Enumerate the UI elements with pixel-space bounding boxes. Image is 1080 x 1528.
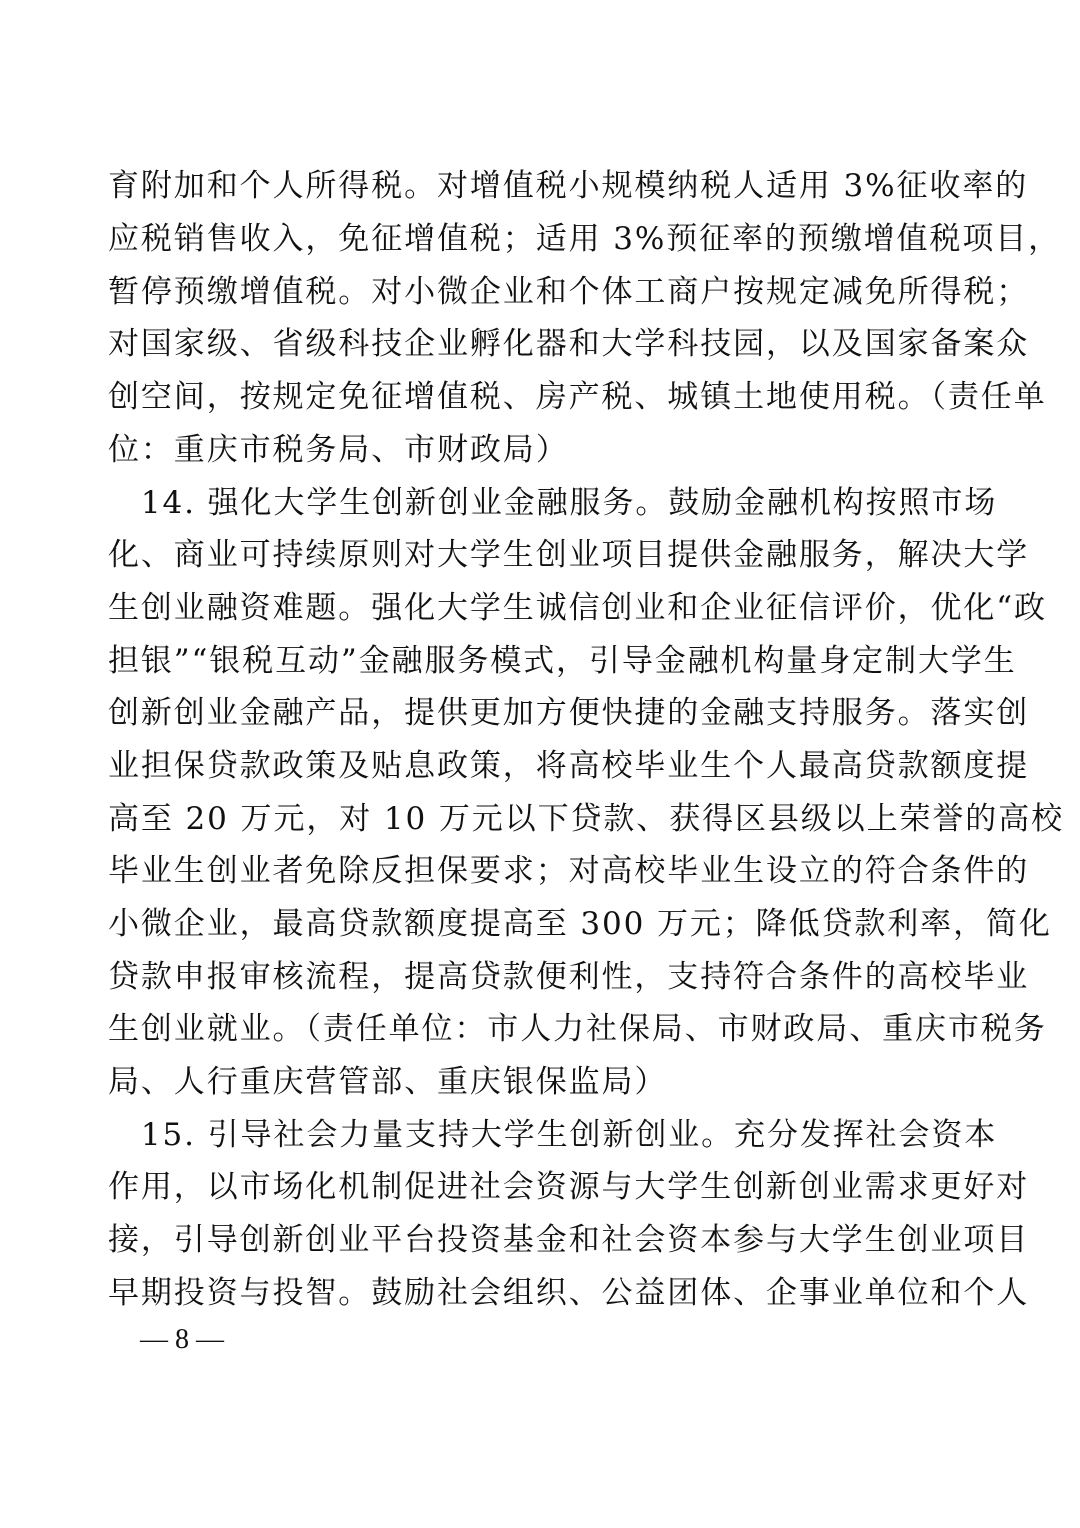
paragraph-line: 作用，以市场化机制促进社会资源与大学生创新创业需求更好对 xyxy=(108,1161,914,1213)
document-page: 育附加和个人所得税。对增值税小规模纳税人适用 3%征收率的 应税销售收入，免征增… xyxy=(0,0,1080,1528)
section-14-heading-line: 14. 强化大学生创新创业金融服务。鼓励金融机构按照市场 xyxy=(108,477,914,529)
responsible-units-line: 位：重庆市税务局、市财政局） xyxy=(108,424,914,476)
paragraph-line: 对国家级、省级科技企业孵化器和大学科技园，以及国家备案众 xyxy=(108,318,914,370)
paragraph-line: 接，引导创新创业平台投资基金和社会资本参与大学生创业项目 xyxy=(108,1214,914,1266)
paragraph-line: 创新创业金融产品，提供更加方便快捷的金融支持服务。落实创 xyxy=(108,687,914,739)
paragraph-line: 担银”“银税互动”金融服务模式，引导金融机构量身定制大学生 xyxy=(108,635,914,687)
section-15-heading-line: 15. 引导社会力量支持大学生创新创业。充分发挥社会资本 xyxy=(108,1109,914,1161)
paragraph-line: 生创业就业。（责任单位：市人力社保局、市财政局、重庆市税务 xyxy=(108,1003,914,1055)
paragraph-line: 高至 20 万元，对 10 万元以下贷款、获得区县级以上荣誉的高校 xyxy=(108,793,914,845)
page-number: — 8 — xyxy=(140,1320,224,1360)
paragraph-line: 贷款申报审核流程，提高贷款便利性，支持符合条件的高校毕业 xyxy=(108,951,914,1003)
responsible-units-line: 局、人行重庆营管部、重庆银保监局） xyxy=(108,1056,914,1108)
paragraph-line: 生创业融资难题。强化大学生诚信创业和企业征信评价，优化“政 xyxy=(108,582,914,634)
paragraph-line: 业担保贷款政策及贴息政策，将高校毕业生个人最高贷款额度提 xyxy=(108,740,914,792)
paragraph-line: 早期投资与投智。鼓励社会组织、公益团体、企事业单位和个人 xyxy=(108,1267,914,1319)
paragraph-line: 暂停预缴增值税。对小微企业和个体工商户按规定减免所得税； xyxy=(108,266,914,318)
paragraph-line: 毕业生创业者免除反担保要求；对高校毕业生设立的符合条件的 xyxy=(108,845,914,897)
paragraph-line: 小微企业，最高贷款额度提高至 300 万元；降低贷款利率，简化 xyxy=(108,898,914,950)
paragraph-line: 应税销售收入，免征增值税；适用 3%预征率的预缴增值税项目， xyxy=(108,213,914,265)
paragraph-line: 创空间，按规定免征增值税、房产税、城镇土地使用税。（责任单 xyxy=(108,371,914,423)
paragraph-line: 化、商业可持续原则对大学生创业项目提供金融服务，解决大学 xyxy=(108,529,914,581)
paragraph-line: 育附加和个人所得税。对增值税小规模纳税人适用 3%征收率的 xyxy=(108,160,914,212)
